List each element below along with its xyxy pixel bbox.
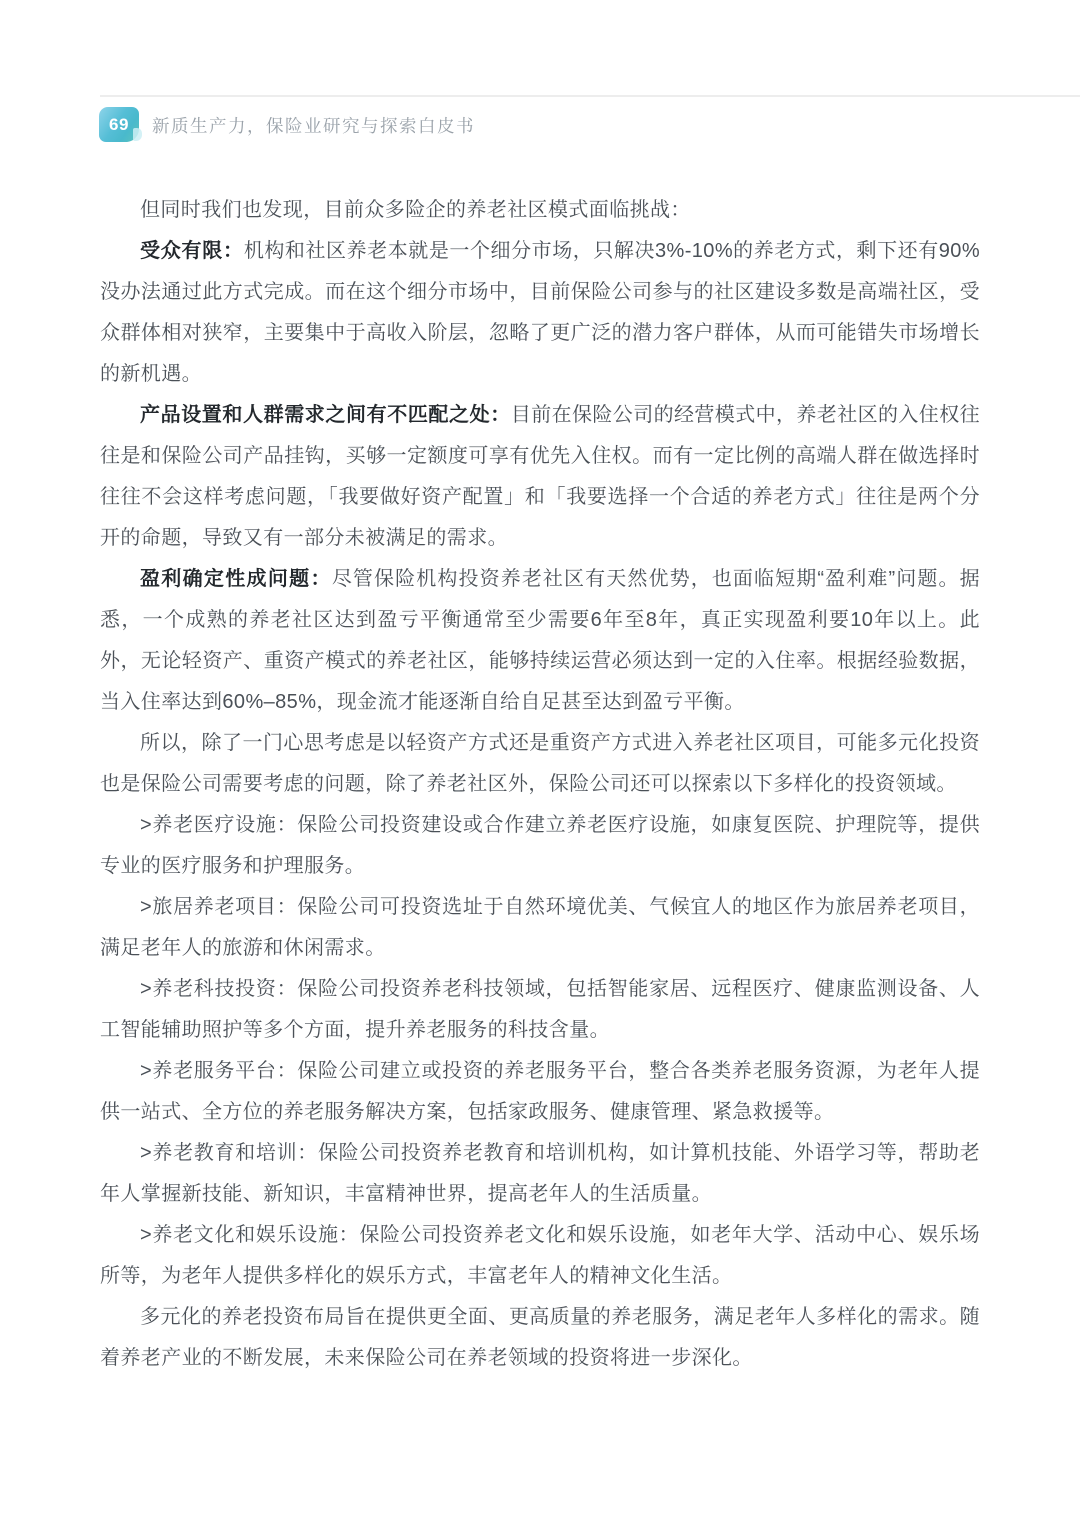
header-divider bbox=[100, 95, 1080, 97]
document-title: 新质生产力，保险业研究与探索白皮书 bbox=[152, 113, 475, 138]
paragraph: 但同时我们也发现，目前众多险企的养老社区模式面临挑战： bbox=[100, 190, 980, 231]
paragraph-text: 但同时我们也发现，目前众多险企的养老社区模式面临挑战： bbox=[140, 199, 691, 221]
paragraph list-item: >养老医疗设施：保险公司投资建设或合作建立养老医疗设施，如康复医院、护理院等，提… bbox=[100, 805, 980, 887]
paragraph list-item: >养老文化和娱乐设施：保险公司投资养老文化和娱乐设施，如老年大学、活动中心、娱乐… bbox=[100, 1215, 980, 1297]
page-number-badge: 69 bbox=[99, 107, 139, 142]
paragraph: 产品设置和人群需求之间有不匹配之处：目前在保险公司的经营模式中，养老社区的入住权… bbox=[100, 395, 980, 559]
paragraph: 受众有限：机构和社区养老本就是一个细分市场，只解决3%-10%的养老方式，剩下还… bbox=[100, 231, 980, 395]
paragraph-text: >养老教育和培训：保险公司投资养老教育和培训机构，如计算机技能、外语学习等，帮助… bbox=[100, 1142, 980, 1205]
paragraph-text: >旅居养老项目：保险公司可投资选址于自然环境优美、气候宜人的地区作为旅居养老项目… bbox=[100, 896, 980, 959]
paragraph-lead: 产品设置和人群需求之间有不匹配之处： bbox=[140, 404, 511, 426]
paragraph-text: 所以，除了一门心思考虑是以轻资产方式还是重资产方式进入养老社区项目，可能多元化投… bbox=[100, 732, 980, 795]
paragraph list-item: >养老科技投资：保险公司投资养老科技领域，包括智能家居、远程医疗、健康监测设备、… bbox=[100, 969, 980, 1051]
paragraph list-item: >养老教育和培训：保险公司投资养老教育和培训机构，如计算机技能、外语学习等，帮助… bbox=[100, 1133, 980, 1215]
paragraph list-item: >养老服务平台：保险公司建立或投资的养老服务平台，整合各类养老服务资源，为老年人… bbox=[100, 1051, 980, 1133]
paragraph list-item: >旅居养老项目：保险公司可投资选址于自然环境优美、气候宜人的地区作为旅居养老项目… bbox=[100, 887, 980, 969]
paragraph-text: >养老医疗设施：保险公司投资建设或合作建立养老医疗设施，如康复医院、护理院等，提… bbox=[100, 814, 980, 877]
paragraph: 所以，除了一门心思考虑是以轻资产方式还是重资产方式进入养老社区项目，可能多元化投… bbox=[100, 723, 980, 805]
document-page: 69 新质生产力，保险业研究与探索白皮书 但同时我们也发现，目前众多险企的养老社… bbox=[0, 0, 1080, 1517]
paragraph-text: 多元化的养老投资布局旨在提供更全面、更高质量的养老服务，满足老年人多样化的需求。… bbox=[100, 1306, 980, 1369]
paragraph-text: >养老服务平台：保险公司建立或投资的养老服务平台，整合各类养老服务资源，为老年人… bbox=[100, 1060, 980, 1123]
paragraph-lead: 盈利确定性成问题： bbox=[140, 568, 332, 590]
paragraph-text: >养老文化和娱乐设施：保险公司投资养老文化和娱乐设施，如老年大学、活动中心、娱乐… bbox=[100, 1224, 980, 1287]
paragraph-lead: 受众有限： bbox=[140, 240, 244, 262]
paragraph-text: >养老科技投资：保险公司投资养老科技领域，包括智能家居、远程医疗、健康监测设备、… bbox=[100, 978, 980, 1041]
paragraph: 多元化的养老投资布局旨在提供更全面、更高质量的养老服务，满足老年人多样化的需求。… bbox=[100, 1297, 980, 1379]
document-body: 但同时我们也发现，目前众多险企的养老社区模式面临挑战： 受众有限：机构和社区养老… bbox=[100, 190, 980, 1379]
paragraph: 盈利确定性成问题：尽管保险机构投资养老社区有天然优势，也面临短期“盈利难”问题。… bbox=[100, 559, 980, 723]
